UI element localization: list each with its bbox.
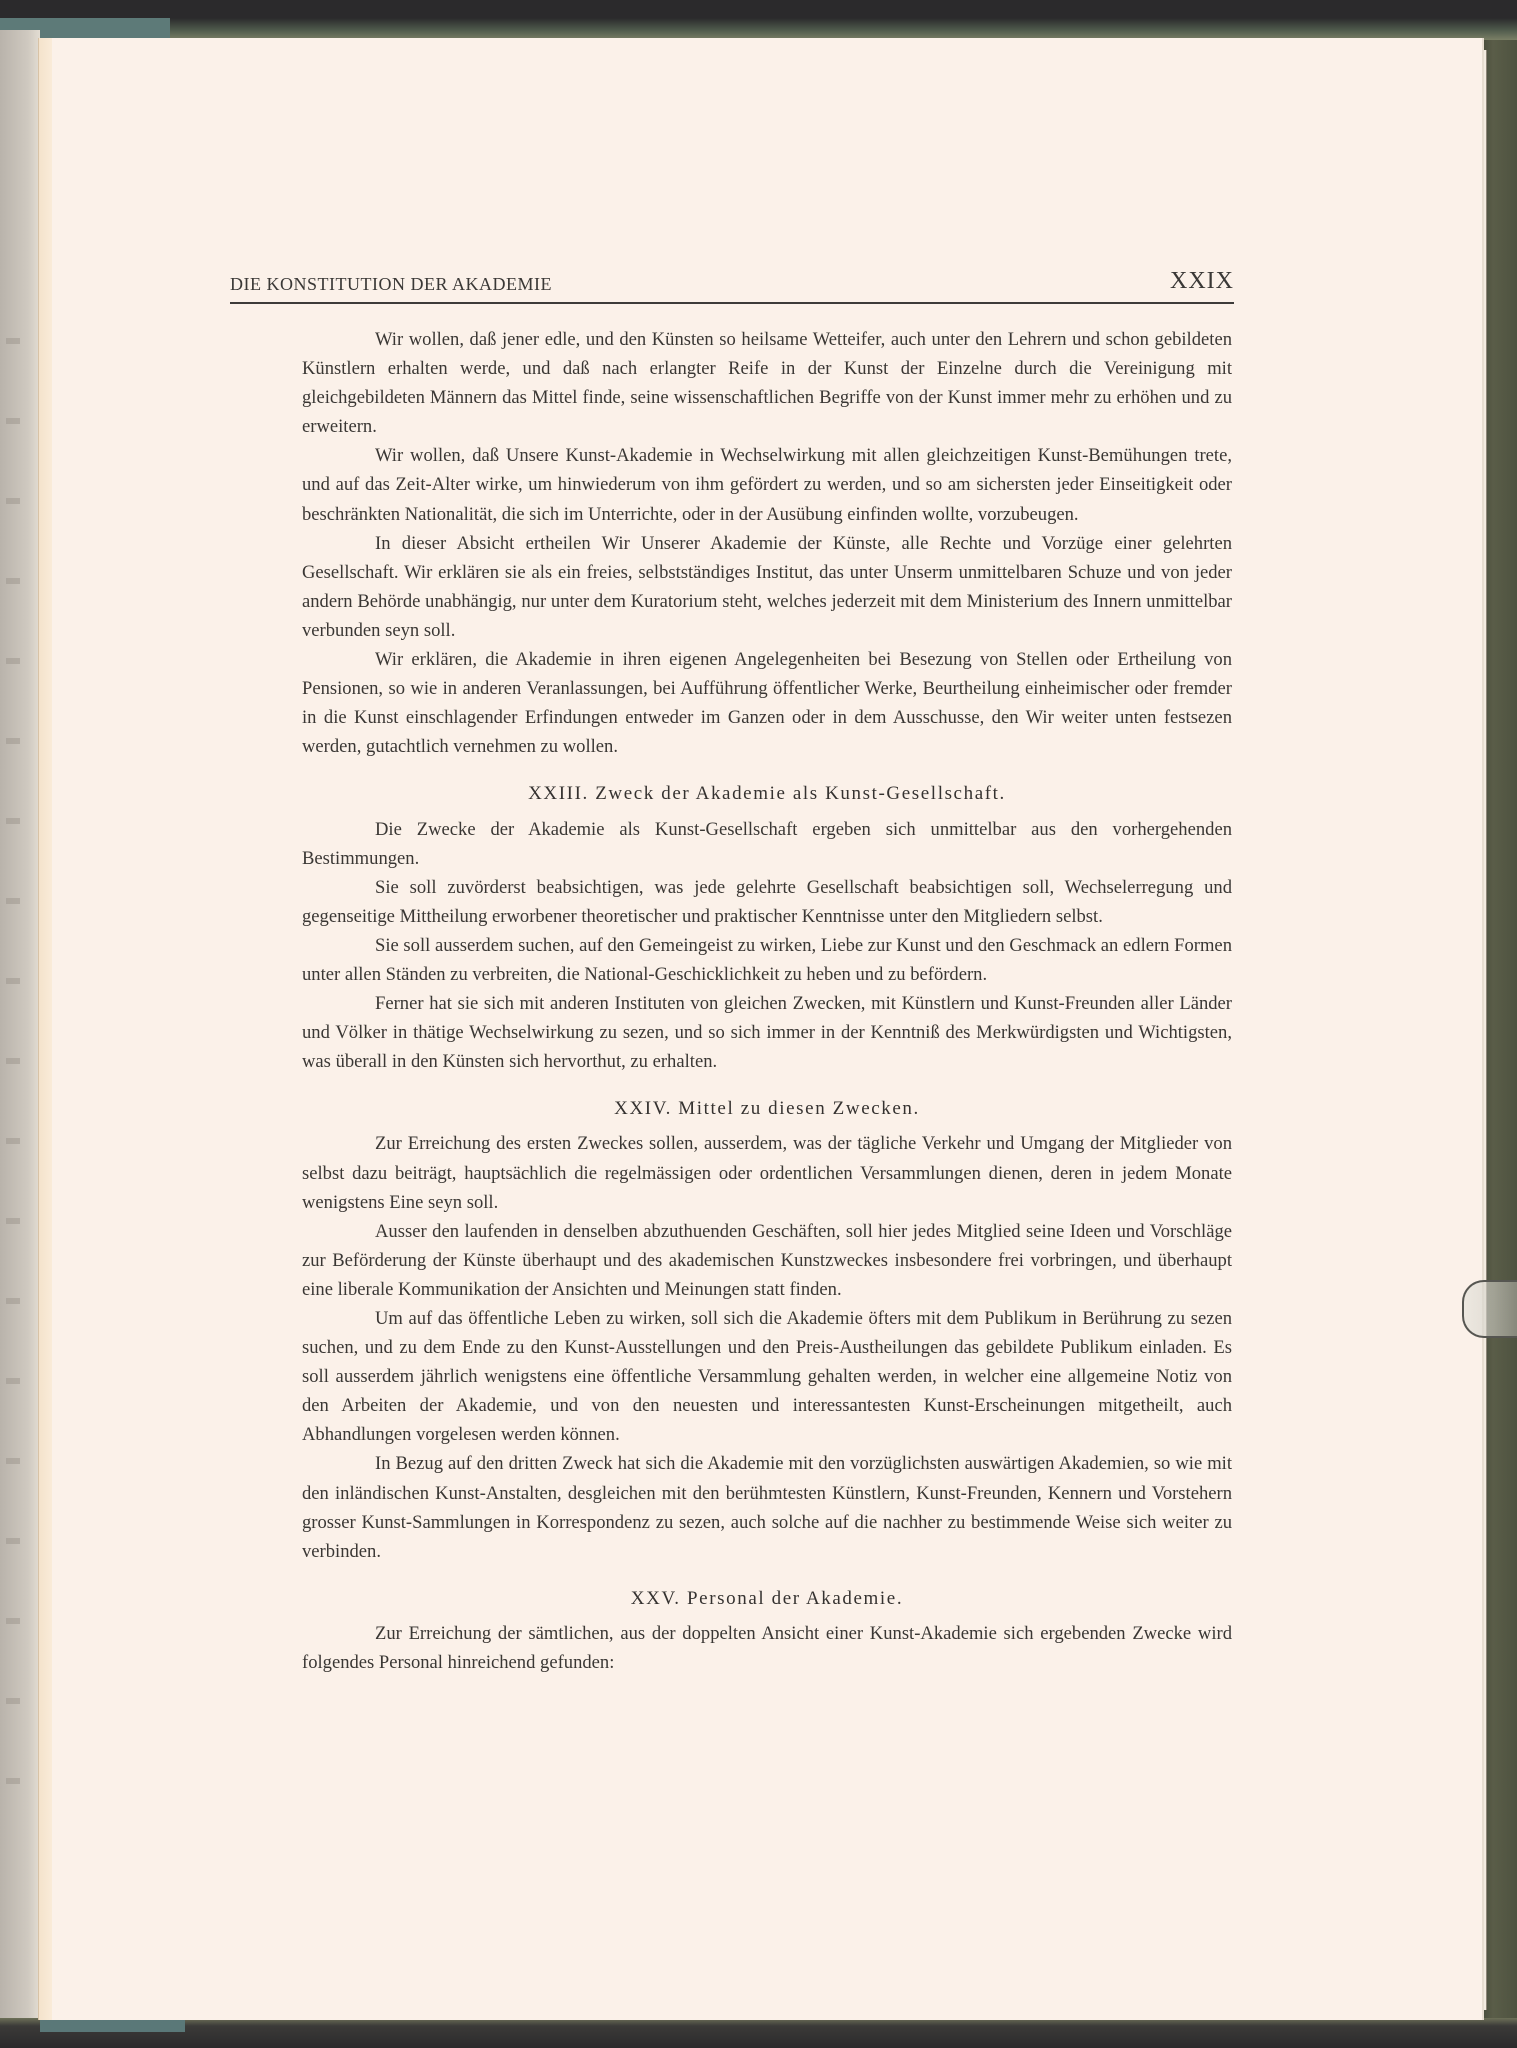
paragraph: Ferner hat sie sich mit anderen Institut…: [302, 989, 1232, 1076]
paragraph: Wir wollen, daß Unsere Kunst-Akademie in…: [302, 441, 1232, 528]
paragraph: Zur Erreichung des ersten Zweckes sollen…: [302, 1129, 1232, 1216]
paragraph: Wir wollen, daß jener edle, und den Küns…: [302, 325, 1232, 441]
page-number: XXIX: [1170, 268, 1234, 295]
book-cover-top-edge: [0, 0, 1517, 40]
gutter: [38, 38, 53, 2020]
running-head: DIE KONSTITUTION DER AKADEMIE XXIX: [230, 270, 1234, 304]
paragraph: In dieser Absicht ertheilen Wir Unserer …: [302, 529, 1232, 645]
book-cover-bottom-edge: [0, 2018, 1517, 2048]
paragraph: Ausser den laufenden in denselben abzuth…: [302, 1217, 1232, 1304]
show-through-text: [6, 300, 20, 1800]
paragraph: In Bezug auf den dritten Zweck hat sich …: [302, 1449, 1232, 1565]
paragraph: Zur Erreichung der sämtlichen, aus der d…: [302, 1619, 1232, 1677]
paragraph: Sie soll zuvörderst beabsichtigen, was j…: [302, 873, 1232, 931]
paper-clip: [1462, 1280, 1517, 1338]
section-heading-xxiii: XXIII. Zweck der Akademie als Kunst-Gese…: [302, 779, 1232, 808]
section-heading-xxiv: XXIV. Mittel zu diesen Zwecken.: [302, 1094, 1232, 1123]
spine-cloth: [40, 2018, 185, 2032]
paragraph: Wir erklären, die Akademie in ihren eige…: [302, 645, 1232, 761]
section-heading-xxv: XXV. Personal der Akademie.: [302, 1584, 1232, 1613]
paragraph: Sie soll ausserdem suchen, auf den Gemei…: [302, 931, 1232, 989]
facing-page-edge: [0, 30, 40, 2020]
paragraph: Um auf das öffentliche Leben zu wirken, …: [302, 1304, 1232, 1449]
running-head-title: DIE KONSTITUTION DER AKADEMIE: [230, 274, 552, 295]
paragraph: Die Zwecke der Akademie als Kunst-Gesell…: [302, 815, 1232, 873]
body-text: Wir wollen, daß jener edle, und den Küns…: [302, 325, 1232, 1677]
